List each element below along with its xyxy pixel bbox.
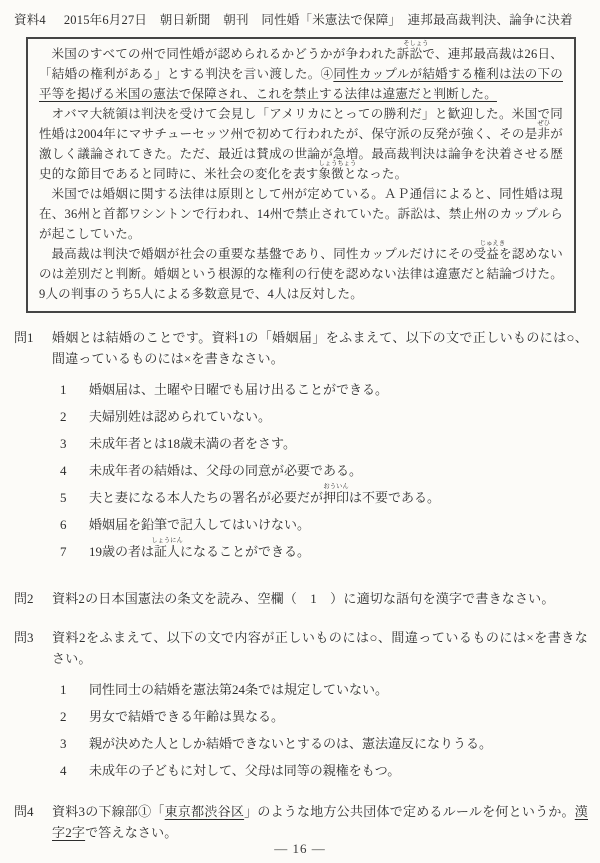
statement-text: 婚姻届は、土曜や日曜でも届け出ることができる。 xyxy=(89,379,588,400)
statement-text: 未成年者とは18歳未満の者をさす。 xyxy=(89,433,588,454)
text-segment: 同性同士の結婚を憲法第24条では規定していない。 xyxy=(89,682,388,697)
statement-text: 男女で結婚できる年齢は異なる。 xyxy=(89,706,588,727)
text-segment: オバマ大統領は判決を受けて会見し「アメリカにとっての勝利だ」と歓迎した。米国で同… xyxy=(39,107,563,141)
question-prompt-row: 問2資料2の日本国憲法の条文を読み、空欄（ 1 ）に適切な語句を漢字で書きなさい… xyxy=(14,588,588,609)
question-label: 問3 xyxy=(14,627,52,669)
statement-item: 1婚姻届は、土曜や日曜でも届け出ることができる。 xyxy=(60,379,588,400)
text-segment: 未成年者の結婚は、父母の同意が必要である。 xyxy=(89,463,362,478)
statement-number: 3 xyxy=(60,433,89,454)
furigana: そしょう xyxy=(391,41,429,47)
text-segment: 資料2をふまえて、以下の文で内容が正しいものには○、間違っているものには×を書き… xyxy=(52,630,588,666)
text-segment: 米国のすべての州で同性婚が認められるかどうかが争われた xyxy=(52,47,397,61)
text-segment: 夫と妻になる本人たちの署名が必要だが xyxy=(89,490,323,505)
ruby-annotated-text: 訴訟そしょう xyxy=(397,47,423,61)
statement-text: 未成年者の結婚は、父母の同意が必要である。 xyxy=(89,460,588,481)
text-segment: 最高裁は判決で婚姻が社会の重要な基盤であり、同性カップルだけにその xyxy=(52,247,474,261)
statement-number: 3 xyxy=(60,733,89,754)
statement-item: 719歳の者は証人しょうにんになることができる。 xyxy=(60,541,588,562)
statement-text: 親が決めた人としか結婚できないとするのは、憲法違反になりうる。 xyxy=(89,733,588,754)
statement-number: 1 xyxy=(60,679,89,700)
source-title: 2015年6月27日 朝日新聞 朝刊 同性婚「米憲法で保障」 連邦最高裁判決、論… xyxy=(64,13,573,27)
furigana: じゅえき xyxy=(467,241,505,247)
statement-item: 3親が決めた人としか結婚できないとするのは、憲法違反になりうる。 xyxy=(60,733,588,754)
statement-number: 1 xyxy=(60,379,89,400)
statement-item: 1同性同士の結婚を憲法第24条では規定していない。 xyxy=(60,679,588,700)
text-segment: 東京都渋谷区 xyxy=(165,804,244,819)
text-segment: は不要である。 xyxy=(349,490,440,505)
question-4: 問4資料3の下線部①「東京都渋谷区」のような地方公共団体で定めるルールを何という… xyxy=(14,801,588,843)
source-header: 資料42015年6月27日 朝日新聞 朝刊 同性婚「米憲法で保障」 連邦最高裁判… xyxy=(14,10,588,28)
question-label: 問1 xyxy=(14,327,52,369)
text-segment: 19歳の者は xyxy=(89,544,154,559)
article-paragraph: 米国では婚姻に関する法律は原則として州が定めている。ＡＰ通信によると、同性婚は現… xyxy=(39,184,563,244)
question-prompt-text: 資料3の下線部①「東京都渋谷区」のような地方公共団体で定めるルールを何というか。… xyxy=(52,801,588,843)
statement-item: 5夫と妻になる本人たちの署名が必要だが押印おういんは不要である。 xyxy=(60,487,588,508)
questions-section: 問1婚姻とは結婚のことです。資料1の「婚姻届」をふまえて、以下の文で正しいものに… xyxy=(14,327,588,843)
question-label: 問4 xyxy=(14,801,52,843)
question-prompt-text: 婚姻とは結婚のことです。資料1の「婚姻届」をふまえて、以下の文で正しいものには○… xyxy=(52,327,588,369)
question-1: 問1婚姻とは結婚のことです。資料1の「婚姻届」をふまえて、以下の文で正しいものに… xyxy=(14,327,588,562)
text-segment: で答えなさい。 xyxy=(85,825,177,840)
ruby-annotated-text: 押印おういん xyxy=(323,490,349,505)
ruby-annotated-text: 象徴しょうちょう xyxy=(318,167,343,181)
ruby-annotated-text: 受益じゅえき xyxy=(473,247,499,261)
text-segment: 資料2の日本国憲法の条文を読み、空欄（ 1 ）に適切な語句を漢字で書きなさい。 xyxy=(52,591,555,606)
ruby-annotated-text: 是非ぜひ xyxy=(525,127,551,141)
statement-number: 2 xyxy=(60,706,89,727)
statement-text: 夫と妻になる本人たちの署名が必要だが押印おういんは不要である。 xyxy=(89,487,588,508)
text-segment: 夫婦別姓は認められていない。 xyxy=(89,409,271,424)
text-segment: となった。 xyxy=(344,167,408,181)
question-prompt-row: 問1婚姻とは結婚のことです。資料1の「婚姻届」をふまえて、以下の文で正しいものに… xyxy=(14,327,588,369)
statement-item: 6婚姻届を鉛筆で記入してはいけない。 xyxy=(60,514,588,535)
statement-text: 同性同士の結婚を憲法第24条では規定していない。 xyxy=(89,679,588,700)
question-prompt-row: 問3資料2をふまえて、以下の文で内容が正しいものには○、間違っているものには×を… xyxy=(14,627,588,669)
question-prompt-text: 資料2をふまえて、以下の文で内容が正しいものには○、間違っているものには×を書き… xyxy=(52,627,588,669)
text-segment: 婚姻届は、土曜や日曜でも届け出ることができる。 xyxy=(89,382,388,397)
statement-list: 1同性同士の結婚を憲法第24条では規定していない。2男女で結婚できる年齢は異なる… xyxy=(60,679,588,781)
furigana: おういん xyxy=(323,484,348,490)
statement-number: 5 xyxy=(60,487,89,508)
furigana: しょうにん xyxy=(151,538,182,544)
text-segment: 」のような地方公共団体で定めるルールを何というか。 xyxy=(244,804,575,819)
statement-item: 3未成年者とは18歳未満の者をさす。 xyxy=(60,433,588,454)
article-paragraph: 最高裁は判決で婚姻が社会の重要な基盤であり、同性カップルだけにその受益じゅえきを… xyxy=(39,244,563,304)
text-segment: 未成年者とは18歳未満の者をさす。 xyxy=(89,436,296,451)
statement-text: 未成年の子どもに対して、父母は同等の親権をもつ。 xyxy=(89,760,588,781)
furigana: ぜひ xyxy=(525,121,550,127)
statement-item: 4未成年者の結婚は、父母の同意が必要である。 xyxy=(60,460,588,481)
text-segment: 男女で結婚できる年齢は異なる。 xyxy=(89,709,284,724)
statement-number: 6 xyxy=(60,514,89,535)
text-segment: 婚姻届を鉛筆で記入してはいけない。 xyxy=(89,517,310,532)
question-prompt-text: 資料2の日本国憲法の条文を読み、空欄（ 1 ）に適切な語句を漢字で書きなさい。 xyxy=(52,588,588,609)
furigana: しょうちょう xyxy=(306,161,356,167)
statement-list: 1婚姻届は、土曜や日曜でも届け出ることができる。2夫婦別姓は認められていない。3… xyxy=(60,379,588,562)
statement-number: 4 xyxy=(60,760,89,781)
text-segment: 資料3の下線部①「 xyxy=(52,804,165,819)
text-segment: 婚姻とは結婚のことです。資料1の「婚姻届」をふまえて、以下の文で正しいものには○… xyxy=(52,330,588,366)
text-segment: 米国では婚姻に関する法律は原則として州が定めている。ＡＰ通信によると、同性婚は現… xyxy=(39,187,563,241)
text-segment: になることができる。 xyxy=(180,544,310,559)
statement-number: 2 xyxy=(60,406,89,427)
newspaper-article-box: 米国のすべての州で同性婚が認められるかどうかが争われた訴訟そしょうで、連邦最高裁… xyxy=(26,37,576,313)
article-paragraph: オバマ大統領は判決を受けて会見し「アメリカにとっての勝利だ」と歓迎した。米国で同… xyxy=(39,104,563,184)
statement-item: 2男女で結婚できる年齢は異なる。 xyxy=(60,706,588,727)
statement-text: 19歳の者は証人しょうにんになることができる。 xyxy=(89,541,588,562)
question-3: 問3資料2をふまえて、以下の文で内容が正しいものには○、間違っているものには×を… xyxy=(14,627,588,781)
article-paragraph: 米国のすべての州で同性婚が認められるかどうかが争われた訴訟そしょうで、連邦最高裁… xyxy=(39,44,563,104)
statement-item: 2夫婦別姓は認められていない。 xyxy=(60,406,588,427)
statement-number: 4 xyxy=(60,460,89,481)
question-label: 問2 xyxy=(14,588,52,609)
source-label: 資料4 xyxy=(14,13,46,27)
statement-text: 夫婦別姓は認められていない。 xyxy=(89,406,588,427)
statement-number: 7 xyxy=(60,541,89,562)
statement-text: 婚姻届を鉛筆で記入してはいけない。 xyxy=(89,514,588,535)
page-number: — 16 — xyxy=(0,841,600,857)
text-segment: 親が決めた人としか結婚できないとするのは、憲法違反になりうる。 xyxy=(89,736,492,751)
ruby-annotated-text: 証人しょうにん xyxy=(154,544,180,559)
statement-item: 4未成年の子どもに対して、父母は同等の親権をもつ。 xyxy=(60,760,588,781)
text-segment: 未成年の子どもに対して、父母は同等の親権をもつ。 xyxy=(89,763,400,778)
exam-page: 資料42015年6月27日 朝日新聞 朝刊 同性婚「米憲法で保障」 連邦最高裁判… xyxy=(0,0,600,863)
question-2: 問2資料2の日本国憲法の条文を読み、空欄（ 1 ）に適切な語句を漢字で書きなさい… xyxy=(14,588,588,609)
question-prompt-row: 問4資料3の下線部①「東京都渋谷区」のような地方公共団体で定めるルールを何という… xyxy=(14,801,588,843)
